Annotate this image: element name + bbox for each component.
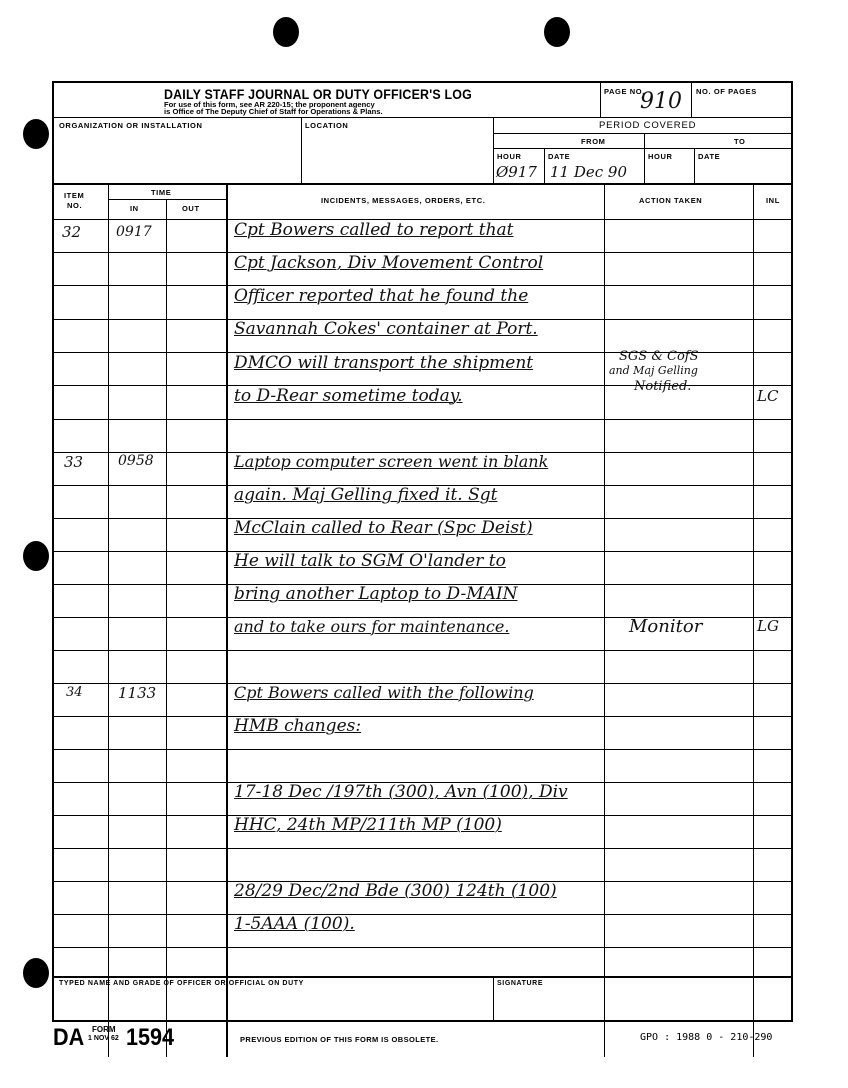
entry-34-line-2: HMB changes: <box>234 716 361 736</box>
row-line <box>54 914 793 915</box>
from-hour-label: HOUR <box>497 152 521 161</box>
header-incidents: INCIDENTS, MESSAGES, ORDERS, ETC. <box>321 196 485 205</box>
entry-33-initials: LG <box>757 617 779 635</box>
row-line <box>54 716 793 717</box>
row-line <box>54 650 793 651</box>
header-time-out: OUT <box>182 204 200 213</box>
header-item-no-1: ITEM <box>64 191 84 200</box>
to-label: TO <box>734 137 745 146</box>
to-date-label: DATE <box>698 152 720 161</box>
row-line <box>54 419 793 420</box>
page-no-label: PAGE NO. <box>604 87 645 96</box>
punch-hole-left-2 <box>23 541 49 571</box>
entry-32-line-3: Officer reported that he found the <box>234 286 528 306</box>
entry-33-line-4: He will talk to SGM O'lander to <box>234 551 506 571</box>
row-line <box>54 749 793 750</box>
entry-32-line-2: Cpt Jackson, Div Movement Control <box>234 253 543 273</box>
header-item-no-2: NO. <box>67 201 82 210</box>
entry-33-action-1: Monitor <box>629 616 702 637</box>
no-of-pages-label: NO. OF PAGES <box>696 87 757 96</box>
entry-34-item-no: 34 <box>66 685 83 700</box>
typed-name-label: TYPED NAME AND GRADE OF OFFICER OR OFFIC… <box>59 980 304 987</box>
entry-32-action-2: and Maj Gelling <box>609 364 698 377</box>
location-field[interactable] <box>305 131 489 179</box>
form-word: FORM <box>92 1025 116 1034</box>
entry-33-item-no: 33 <box>64 453 83 471</box>
entry-32-line-5: DMCO will transport the shipment <box>234 353 533 373</box>
entry-34-line-7: 28/29 Dec/2nd Bde (300) 124th (100) <box>234 881 557 901</box>
row-line <box>54 848 793 849</box>
entry-33-line-1: Laptop computer screen went in blank <box>234 452 548 471</box>
entry-33-line-3: McClain called to Rear (Spc Deist) <box>234 518 533 538</box>
entry-33-line-5: bring another Laptop to D-MAIN <box>234 584 517 604</box>
from-date-label: DATE <box>548 152 570 161</box>
obsolete-notice: PREVIOUS EDITION OF THIS FORM IS OBSOLET… <box>240 1035 438 1044</box>
entry-33-line-2: again. Maj Gelling fixed it. Sgt <box>234 485 497 505</box>
form-number: 1594 <box>126 1024 174 1052</box>
entry-32-action-3: Notified. <box>634 379 691 394</box>
organization-field[interactable] <box>58 131 298 179</box>
from-label: FROM <box>581 137 605 146</box>
entry-32-initials: LC <box>757 387 778 405</box>
punch-hole-left-3 <box>23 958 49 988</box>
header-time: TIME <box>151 188 171 197</box>
header-time-in: IN <box>130 204 139 213</box>
entry-32-item-no: 32 <box>62 223 81 241</box>
entry-33-line-6: and to take ours for maintenance. <box>234 617 509 636</box>
organization-label: ORGANIZATION OR INSTALLATION <box>59 121 202 130</box>
gpo-code: GPO : 1988 0 - 210-290 <box>640 1032 772 1043</box>
from-hour-value[interactable]: Ø917 <box>496 163 537 181</box>
entry-34-line-5: HHC, 24th MP/211th MP (100) <box>234 815 502 835</box>
duty-officer-log-form: DAILY STAFF JOURNAL OR DUTY OFFICER'S LO… <box>52 81 793 1022</box>
entry-34-time-in: 1133 <box>118 684 156 702</box>
entry-32-line-6: to D-Rear sometime today. <box>234 386 463 406</box>
entry-32-action-1: SGS & CofS <box>619 349 699 364</box>
period-covered-label: PERIOD COVERED <box>599 120 696 131</box>
to-hour-field[interactable] <box>647 161 691 181</box>
form-subtitle-2: is Office of The Deputy Chief of Staff f… <box>164 108 383 116</box>
entry-34-line-8: 1-5AAA (100). <box>234 914 355 934</box>
from-date-value[interactable]: 11 Dec 90 <box>550 163 627 181</box>
location-label: LOCATION <box>305 121 348 130</box>
punch-hole-left-1 <box>23 119 49 149</box>
signature-label: SIGNATURE <box>497 980 543 987</box>
entry-32-line-4: Savannah Cokes' container at Port. <box>234 319 538 339</box>
to-hour-label: HOUR <box>648 152 672 161</box>
entry-33-time-in: 0958 <box>118 453 154 469</box>
signature-field[interactable] <box>497 991 787 1019</box>
punch-hole-top-right <box>544 17 570 47</box>
entry-34-line-1: Cpt Bowers called with the following <box>234 683 534 702</box>
punch-hole-top-left <box>273 17 299 47</box>
entry-32-line-1: Cpt Bowers called to report that <box>234 220 513 240</box>
row-line <box>54 947 793 948</box>
header-action-taken: ACTION TAKEN <box>639 196 702 205</box>
entry-34-line-4: 17-18 Dec /197th (300), Avn (100), Div <box>234 782 568 802</box>
header-inl: INL <box>766 196 780 205</box>
typed-name-field[interactable] <box>59 991 489 1019</box>
entry-32-time-in: 0917 <box>116 224 152 240</box>
page-no-value[interactable]: 910 <box>640 89 682 114</box>
form-date: 1 NOV 62 <box>88 1035 119 1042</box>
form-prefix: DA <box>53 1024 84 1052</box>
no-of-pages-field[interactable] <box>696 97 788 115</box>
to-date-field[interactable] <box>698 161 790 181</box>
